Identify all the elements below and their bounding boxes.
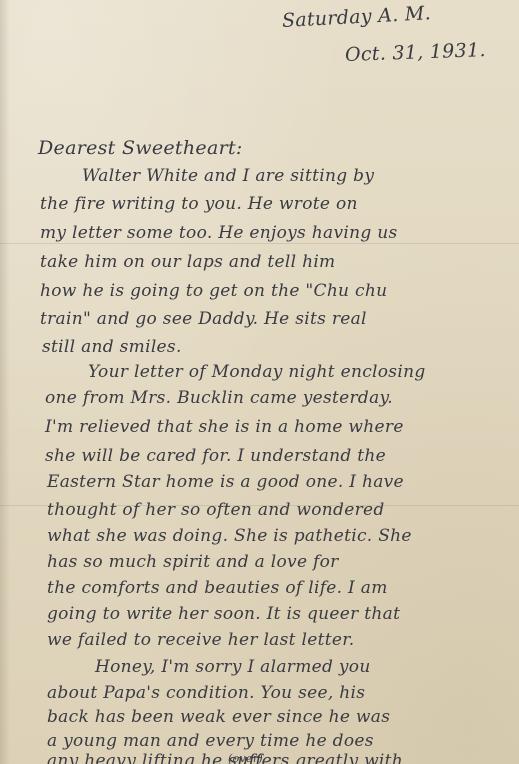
body-line: we failed to receive her last letter. <box>47 630 354 650</box>
body-line: how he is going to get on the "Chu chu <box>40 281 387 301</box>
letter-page: Saturday A. M. Oct. 31, 1931. Dearest Sw… <box>0 0 519 764</box>
body-line: Honey, I'm sorry I alarmed you <box>95 657 371 677</box>
letter-day-time: Saturday A. M. <box>281 2 431 32</box>
body-line: thought of her so often and wondered <box>47 500 385 520</box>
body-line: she will be cared for. I understand the <box>45 446 386 466</box>
body-line: Walter White and I are sitting by <box>82 166 374 186</box>
body-line: the comforts and beauties of life. I am <box>47 578 388 598</box>
body-line: back has been weak ever since he was <box>47 707 390 727</box>
body-line: any heavy lifting he suffers greatly wit… <box>47 751 403 764</box>
body-line: what she was doing. She is pathetic. She <box>47 526 412 546</box>
salutation: Dearest Sweetheart: <box>38 137 243 159</box>
body-line: take him on our laps and tell him <box>40 252 335 272</box>
body-line: a young man and every time he does <box>47 731 374 751</box>
continue-note: (over) <box>228 752 263 764</box>
body-line: I'm relieved that she is in a home where <box>45 417 404 437</box>
body-line: my letter some too. He enjoys having us <box>40 223 398 243</box>
letter-date: Oct. 31, 1931. <box>345 39 486 66</box>
body-line: one from Mrs. Bucklin came yesterday. <box>45 388 393 408</box>
body-line: going to write her soon. It is queer tha… <box>47 604 400 624</box>
body-line: Eastern Star home is a good one. I have <box>47 472 404 492</box>
body-line: still and smiles. <box>42 337 182 357</box>
page-edge-shadow <box>0 0 10 764</box>
fold-line <box>0 243 519 244</box>
body-line: has so much spirit and a love for <box>47 552 339 572</box>
body-line: about Papa's condition. You see, his <box>47 683 365 703</box>
body-line: train" and go see Daddy. He sits real <box>40 309 367 329</box>
body-line: the fire writing to you. He wrote on <box>40 194 358 214</box>
body-line: Your letter of Monday night enclosing <box>88 362 426 382</box>
